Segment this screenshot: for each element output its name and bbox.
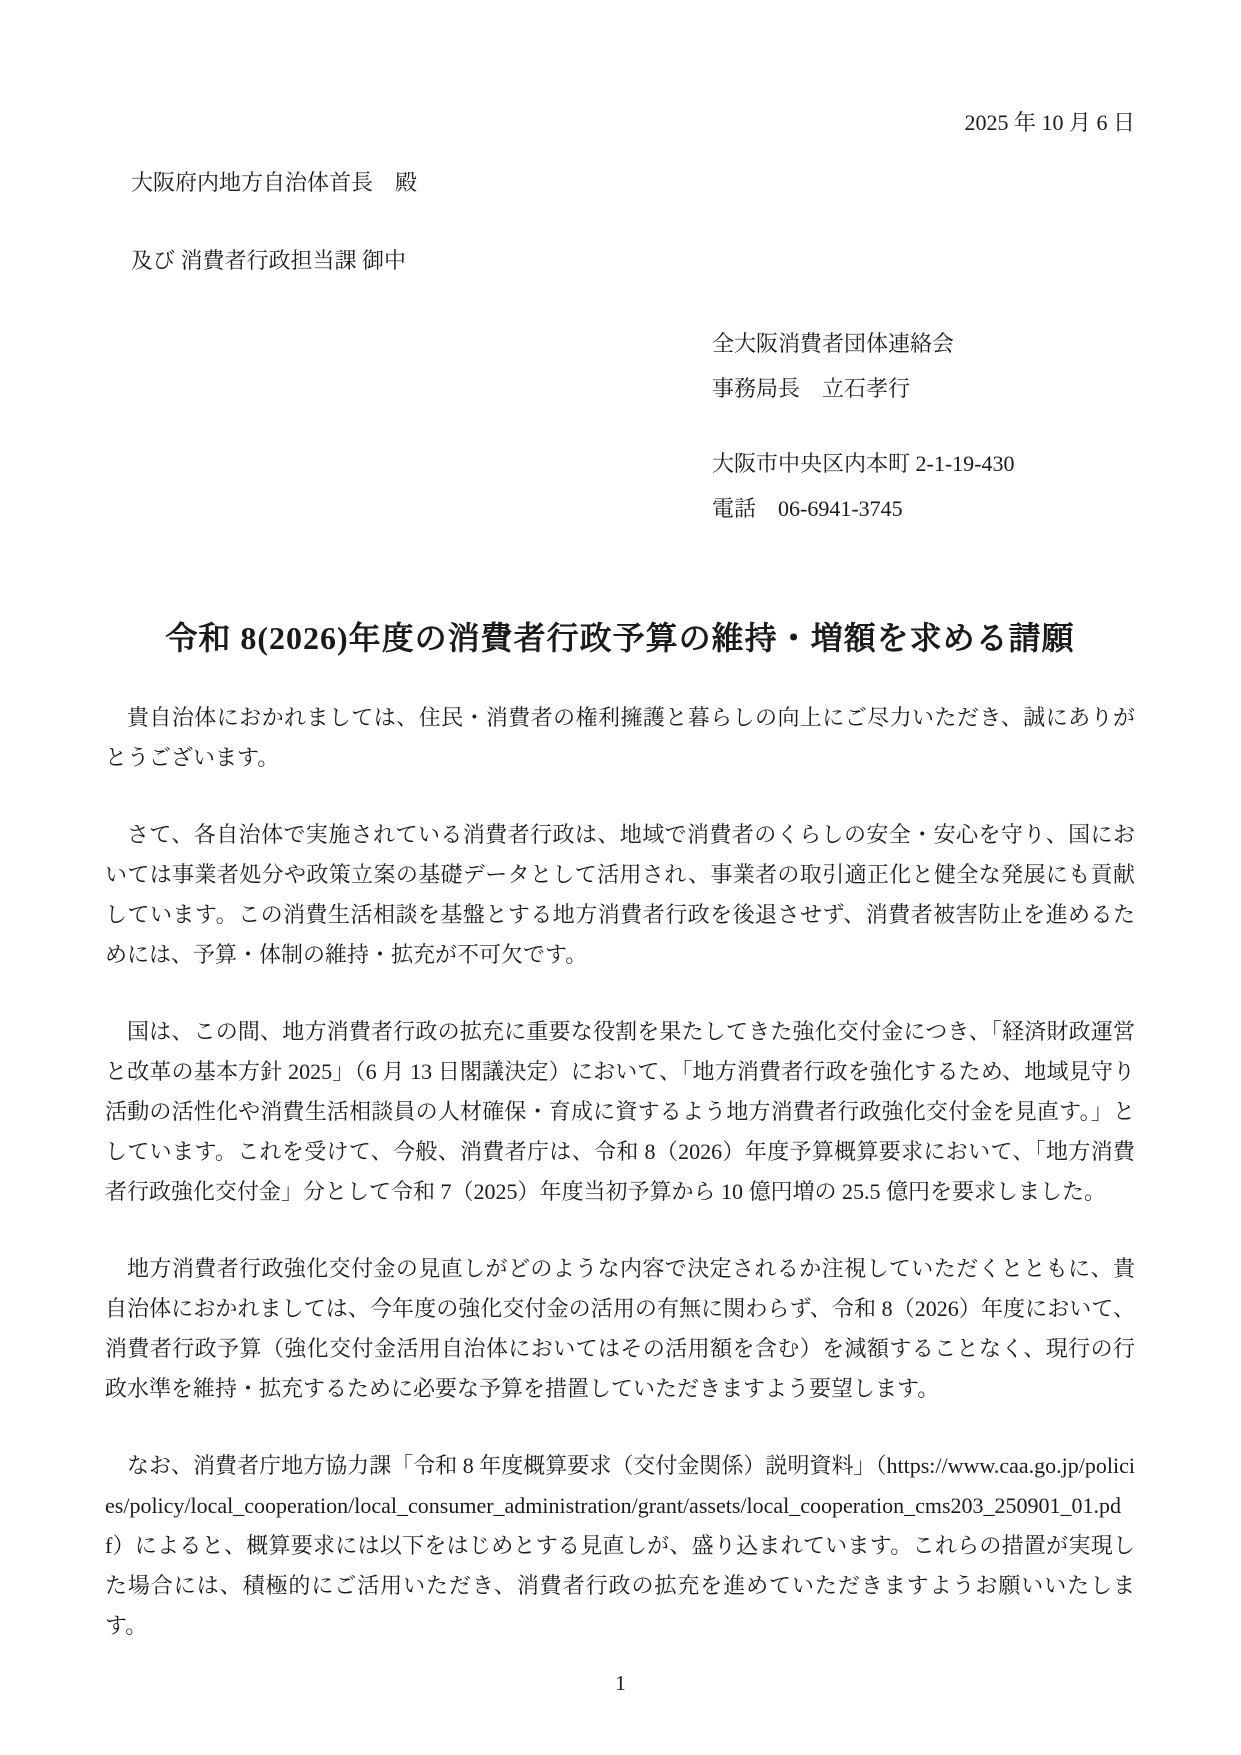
- document-date: 2025 年 10 月 6 日: [105, 0, 1135, 143]
- paragraph-greeting: 貴自治体におかれましては、住民・消費者の権利擁護と暮らしの向上にご尽力いただき、…: [105, 698, 1135, 778]
- paragraph-request: 地方消費者行政強化交付金の見直しがどのような内容で決定されるか注視していただくと…: [105, 1249, 1135, 1409]
- sender-organization: 全大阪消費者団体連絡会: [712, 321, 1135, 366]
- document-page: 2025 年 10 月 6 日 大阪府内地方自治体首長 殿 及び 消費者行政担当…: [0, 0, 1241, 1755]
- sender-contact-block: 大阪市中央区内本町 2-1-19-430 電話 06-6941-3745: [712, 441, 1135, 531]
- sender-block: 全大阪消費者団体連絡会 事務局長 立石孝行: [712, 321, 1135, 411]
- recipient-line-secondary: 及び 消費者行政担当課 御中: [105, 241, 1135, 281]
- paragraph-background: さて、各自治体で実施されている消費者行政は、地域で消費者のくらしの安全・安心を守…: [105, 815, 1135, 975]
- sender-phone: 電話 06-6941-3745: [712, 486, 1135, 531]
- paragraph-national-policy: 国は、この間、地方消費者行政の拡充に重要な役割を果たしてきた強化交付金につき、「…: [105, 1012, 1135, 1212]
- paragraph-reference: なお、消費者庁地方協力課「令和 8 年度概算要求（交付金関係）説明資料」（htt…: [105, 1446, 1135, 1646]
- sender-address: 大阪市中央区内本町 2-1-19-430: [712, 441, 1135, 486]
- sender-representative: 事務局長 立石孝行: [712, 366, 1135, 411]
- page-number: 1: [0, 1663, 1241, 1703]
- document-title: 令和 8(2026)年度の消費者行政予算の維持・増額を求める請願: [105, 615, 1135, 661]
- recipient-line-primary: 大阪府内地方自治体首長 殿: [105, 163, 1135, 203]
